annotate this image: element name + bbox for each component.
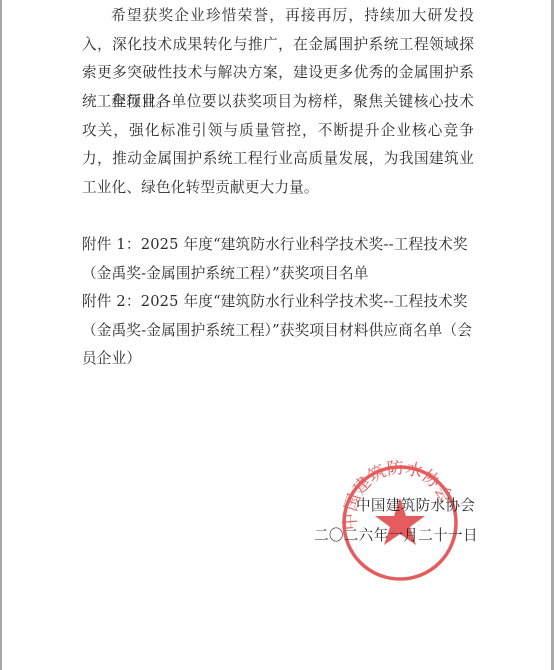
page-edge-left [0,0,2,670]
official-seal-icon: 中国建筑防水协会 [340,460,460,586]
body-paragraph-2: 全行业各单位要以获奖项目为榜样，聚焦关键核心技术攻关，强化标准引领与质量管控，不… [82,88,474,202]
attachment-2: 附件 2：2025 年度“建筑防水行业科学技术奖--工程技术奖（金禹奖-金属围护… [82,288,482,374]
signing-organization: 中国建筑防水协会 [356,494,475,515]
signing-date: 二〇二六年一月二十一日 [314,524,478,545]
attachment-1: 附件 1：2025 年度“建筑防水行业科学技术奖--工程技术奖（金禹奖-金属围护… [82,231,482,288]
